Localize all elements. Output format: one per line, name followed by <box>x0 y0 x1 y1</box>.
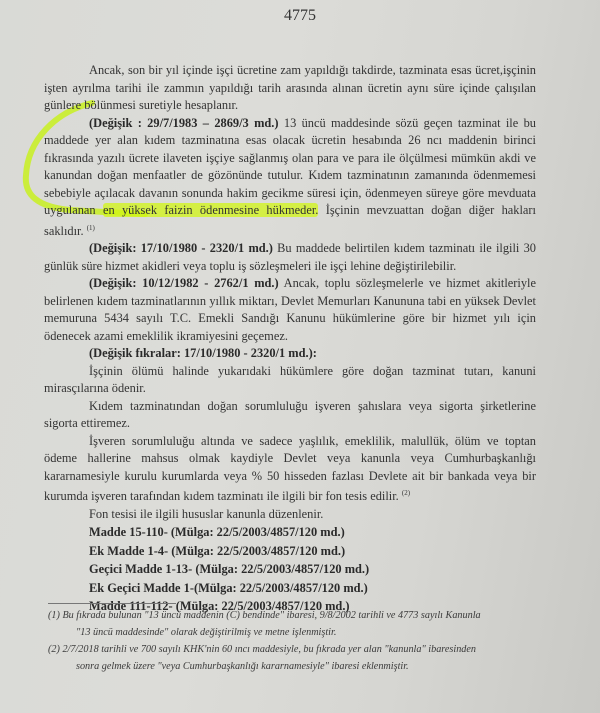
footnote-2-continued: sonra gelmek üzere "veya Cumhurbaşkanlığ… <box>48 658 548 675</box>
repealed-article: Geçici Madde 1-13- (Mülga: 22/5/2003/485… <box>44 560 536 579</box>
footnote-1-continued: "13 üncü maddesinde" olarak değiştirilmi… <box>48 624 548 641</box>
footnote-1: (1) Bu fıkrada bulunan "13 üncü maddenin… <box>48 607 548 624</box>
paragraph-amendment-1982: (Değişik: 10/12/1982 - 2762/1 md.) Ancak… <box>44 275 536 345</box>
article-body: Ancak, son bir yıl içinde işçi ücretine … <box>44 62 536 616</box>
footnote-ref-2: (2) <box>402 489 410 497</box>
paragraph-insurance: Kıdem tazminatından doğan sorumluluğu iş… <box>44 398 536 433</box>
paragraph-death-of-worker: İşçinin ölümü halinde yukarıdaki hükümle… <box>44 363 536 398</box>
paragraph-amendment-1983: (Değişik : 29/7/1983 – 2869/3 md.) 13 ün… <box>44 115 536 241</box>
paragraph-amendment-1980: (Değişik: 17/10/1980 - 2320/1 md.) Bu ma… <box>44 240 536 275</box>
repealed-article: Madde 15-110- (Mülga: 22/5/2003/4857/120… <box>44 523 536 542</box>
amendment-label: (Değişik : 29/7/1983 – 2869/3 md.) <box>89 116 279 130</box>
page-number: 4775 <box>0 7 600 25</box>
repealed-article: Ek Geçici Madde 1-(Mülga: 22/5/2003/4857… <box>44 579 536 598</box>
paragraph-wage-calculation: Ancak, son bir yıl içinde işçi ücretine … <box>44 62 536 115</box>
paragraph-fund-regulation: Fon tesisi ile ilgili hususlar kanunla d… <box>44 506 536 524</box>
amended-paragraphs-heading: (Değişik fıkralar: 17/10/1980 - 2320/1 m… <box>44 345 536 363</box>
footnote-2: (2) 2/7/2018 tarihli ve 700 sayılı KHK'n… <box>48 641 548 658</box>
amendment-label: (Değişik: 17/10/1980 - 2320/1 md.) <box>89 241 273 255</box>
paragraph-fund: İşveren sorumluluğu altında ve sadece ya… <box>44 433 536 506</box>
footnote-separator <box>48 603 176 604</box>
amendment-label: (Değişik: 10/12/1982 - 2762/1 md.) <box>89 276 279 290</box>
footnotes: (1) Bu fıkrada bulunan "13 üncü maddenin… <box>48 607 548 675</box>
repealed-article: Ek Madde 1-4- (Mülga: 22/5/2003/4857/120… <box>44 542 536 561</box>
footnote-ref-1: (1) <box>87 224 95 232</box>
highlighted-text: en yüksek faizin ödenmesine hükmeder. <box>103 203 318 217</box>
